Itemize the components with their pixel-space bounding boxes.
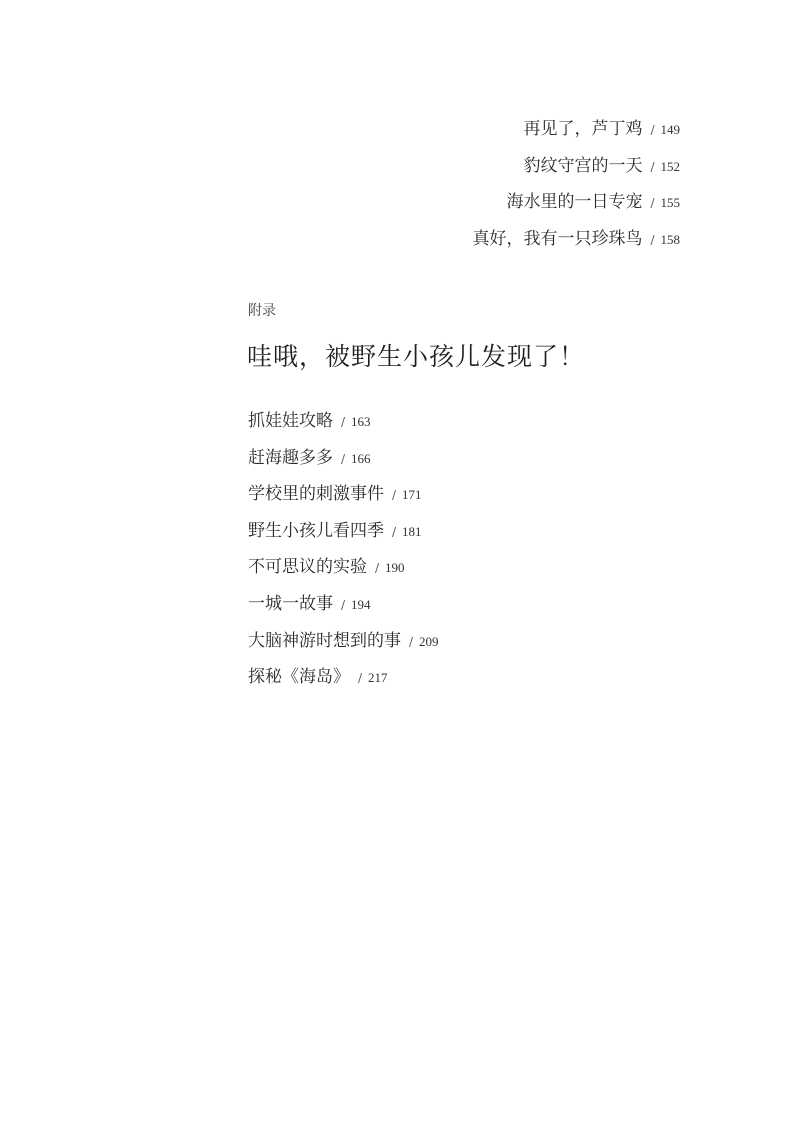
toc-entry-title: 大脑神游时想到的事 (248, 631, 401, 651)
toc-page-number: 155 (661, 195, 681, 210)
toc-entry: 海水里的一日专宠/155 (472, 189, 680, 226)
toc-page-number: 152 (661, 159, 681, 174)
toc-separator: / (392, 488, 396, 502)
toc-entry-title: 不可思议的实验 (248, 557, 367, 577)
toc-continued-list: 再见了，芦丁鸡/149 豹纹守宫的一天/152 海水里的一日专宠/155 真好，… (472, 116, 680, 262)
toc-separator: / (392, 525, 396, 539)
toc-entry-title: 赶海趣多多 (248, 448, 333, 468)
toc-entry-title: 豹纹守宫的一天 (523, 156, 642, 176)
toc-separator: / (650, 233, 654, 247)
toc-separator: / (341, 598, 345, 612)
toc-separator: / (341, 415, 345, 429)
appendix-label: 附录 (248, 300, 276, 320)
toc-entry-title: 学校里的刺激事件 (248, 484, 384, 504)
toc-entry-title: 一城一故事 (248, 594, 333, 614)
toc-entry: 野生小孩儿看四季/181 (248, 518, 439, 555)
toc-page-number: 163 (351, 414, 371, 429)
toc-entry: 豹纹守宫的一天/152 (472, 153, 680, 190)
toc-separator: / (375, 561, 379, 575)
toc-separator: / (409, 635, 413, 649)
toc-entry-title: 真好，我有一只珍珠鸟 (472, 229, 642, 249)
toc-separator: / (341, 452, 345, 466)
toc-page-number: 158 (661, 232, 681, 247)
toc-separator: / (650, 196, 654, 210)
toc-entry-title: 再见了，芦丁鸡 (523, 119, 642, 139)
toc-page-number: 181 (402, 524, 422, 539)
toc-page-number: 194 (351, 597, 371, 612)
toc-page-number: 171 (402, 487, 422, 502)
toc-entry: 探秘《海岛》/217 (248, 664, 439, 701)
toc-entry-title: 探秘《海岛》 (248, 667, 350, 687)
toc-page-number: 217 (368, 670, 388, 685)
toc-separator: / (650, 123, 654, 137)
toc-separator: / (650, 160, 654, 174)
appendix-toc-list: 抓娃娃攻略/163 赶海趣多多/166 学校里的刺激事件/171 野生小孩儿看四… (248, 408, 439, 701)
toc-entry: 一城一故事/194 (248, 591, 439, 628)
toc-entry: 真好，我有一只珍珠鸟/158 (472, 226, 680, 263)
toc-page-number: 209 (419, 634, 439, 649)
toc-separator: / (358, 671, 362, 685)
appendix-title: 哇哦，被野生小孩儿发现了！ (247, 337, 585, 373)
toc-page-number: 190 (385, 560, 405, 575)
toc-page-number: 149 (661, 122, 681, 137)
toc-entry-title: 抓娃娃攻略 (248, 411, 333, 431)
toc-entry-title: 海水里的一日专宠 (506, 192, 642, 212)
toc-entry: 赶海趣多多/166 (248, 445, 439, 482)
toc-page-number: 166 (351, 451, 371, 466)
toc-entry: 再见了，芦丁鸡/149 (472, 116, 680, 153)
toc-entry: 不可思议的实验/190 (248, 554, 439, 591)
toc-entry-title: 野生小孩儿看四季 (248, 521, 384, 541)
toc-entry: 大脑神游时想到的事/209 (248, 628, 439, 665)
toc-entry: 抓娃娃攻略/163 (248, 408, 439, 445)
toc-entry: 学校里的刺激事件/171 (248, 481, 439, 518)
